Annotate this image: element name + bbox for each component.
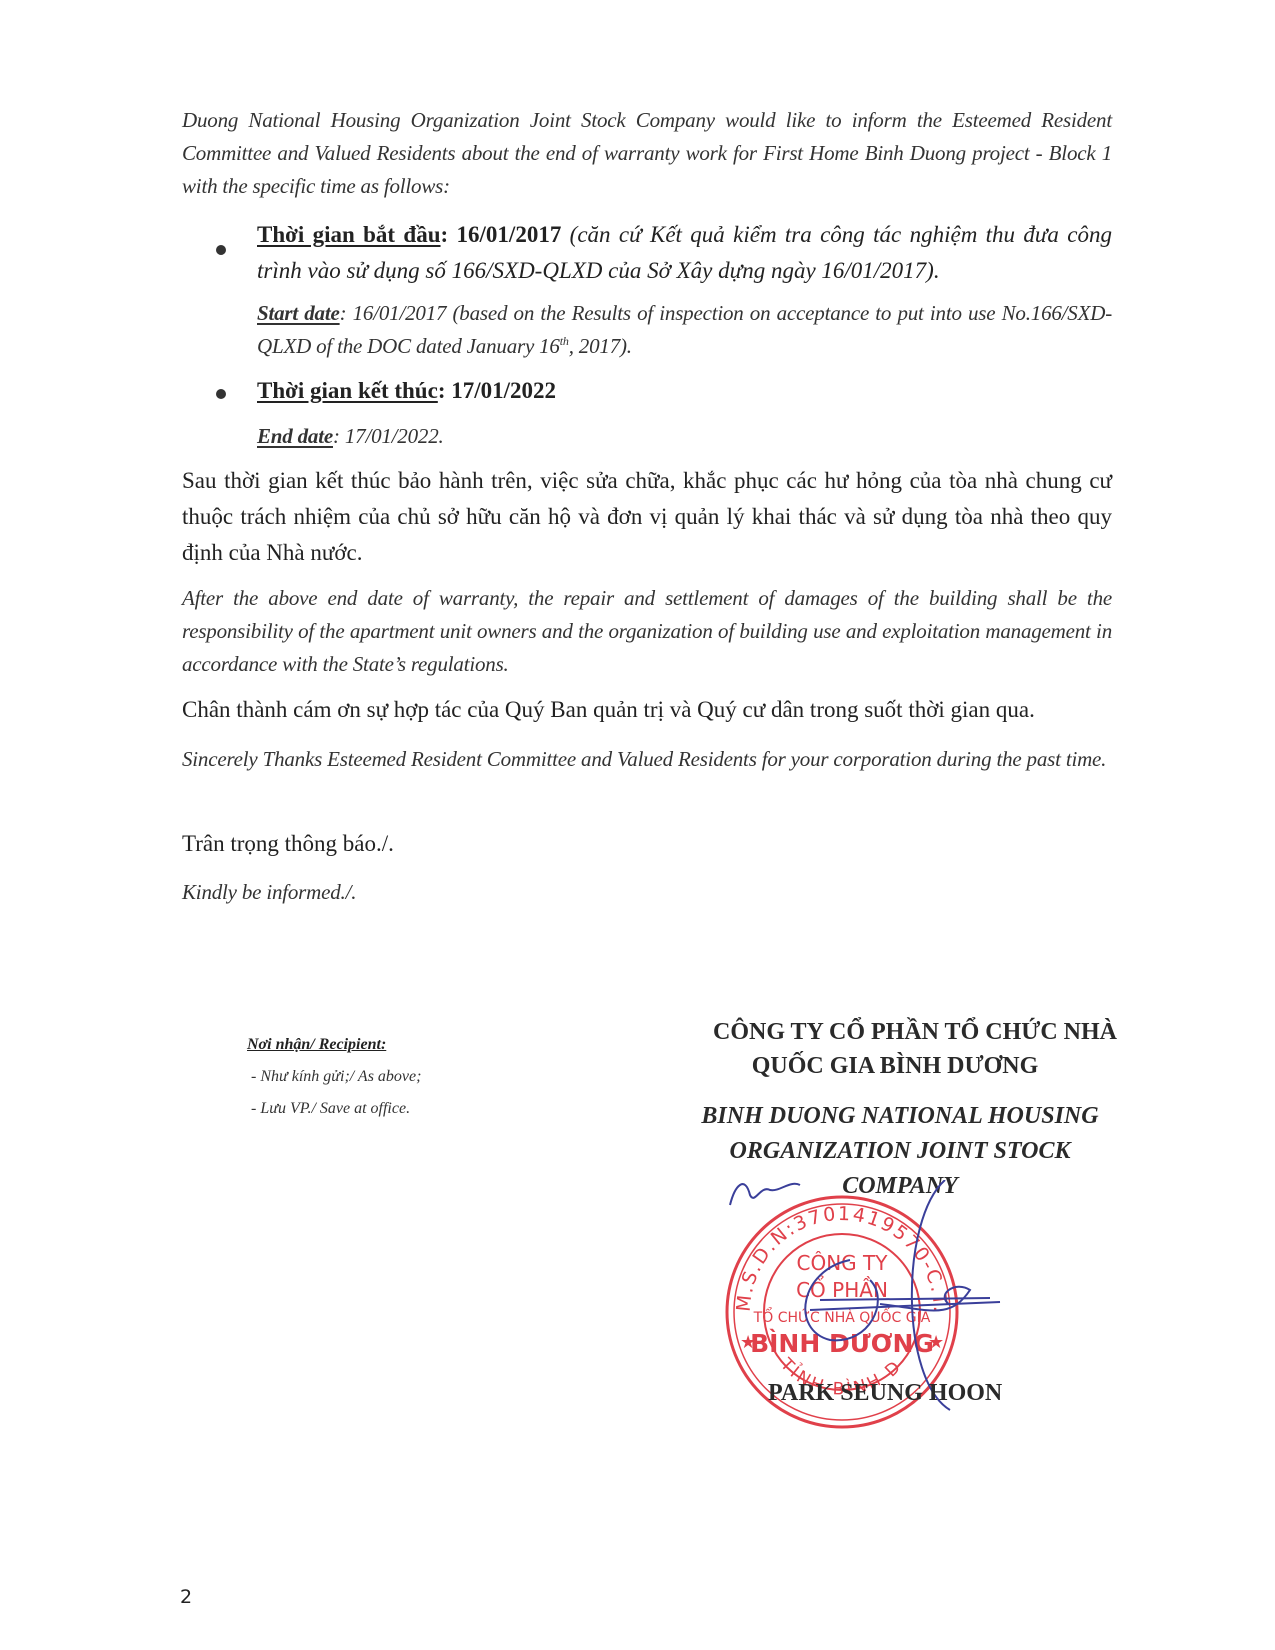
company-name-vn: CÔNG TY CỔ PHẦN TỔ CHỨC NHÀ QUỐC GIA BÌN… <box>680 1015 1150 1083</box>
end-date-value-en: : 17/01/2022. <box>333 424 444 448</box>
closing-vn: Trân trọng thông báo./. <box>182 826 1112 862</box>
start-date-vn: Thời gian bắt đầu: 16/01/2017 (căn cứ Kế… <box>257 217 1112 289</box>
svg-text:★: ★ <box>740 1332 756 1353</box>
after-warranty-vn: Sau thời gian kết thúc bảo hành trên, vi… <box>182 463 1112 571</box>
company-name-en-line1: BINH DUONG NATIONAL HOUSING <box>650 1099 1150 1134</box>
company-name-vn-line1: CÔNG TY CỔ PHẦN TỔ CHỨC NHÀ <box>680 1015 1150 1049</box>
svg-text:TỔ CHỨC NHÀ QUỐC GIA: TỔ CHỨC NHÀ QUỐC GIA <box>753 1307 931 1326</box>
svg-text:BÌNH DƯƠNG: BÌNH DƯƠNG <box>750 1329 934 1358</box>
start-label-vn: Thời gian bắt đầu <box>257 222 441 247</box>
start-date-value-vn: : 16/01/2017 <box>441 222 562 247</box>
recipient-block: Nơi nhận/ Recipient: - Như kính gửi;/ As… <box>247 1036 421 1118</box>
start-detail-en: : 16/01/2017 (based on the Results of in… <box>257 301 1112 358</box>
end-label-en: End date <box>257 424 333 448</box>
recipient-item: - Như kính gửi;/ As above; <box>251 1068 421 1086</box>
thanks-vn: Chân thành cám ơn sự hợp tác của Quý Ban… <box>182 692 1112 728</box>
intro-paragraph-en: Duong National Housing Organization Join… <box>182 104 1112 203</box>
start-date-en: Start date: 16/01/2017 (based on the Res… <box>257 297 1112 363</box>
closing-en: Kindly be informed./. <box>182 876 1112 909</box>
bullet-icon <box>216 245 226 255</box>
after-warranty-en: After the above end date of warranty, th… <box>182 582 1112 681</box>
start-detail-en-end: , 2017). <box>569 334 632 358</box>
company-block: CÔNG TY CỔ PHẦN TỔ CHỨC NHÀ QUỐC GIA BÌN… <box>680 1015 1150 1204</box>
end-date-value-vn: : 17/01/2022 <box>438 378 556 403</box>
company-name-en-line2: ORGANIZATION JOINT STOCK <box>650 1134 1150 1169</box>
company-name-vn-line2: QUỐC GIA BÌNH DƯƠNG <box>640 1049 1150 1083</box>
start-label-en: Start date <box>257 301 340 325</box>
svg-text:★: ★ <box>928 1332 944 1353</box>
superscript-th: th <box>560 334 569 348</box>
end-date-en: End date: 17/01/2022. <box>257 420 1112 453</box>
end-date-vn: Thời gian kết thúc: 17/01/2022 <box>257 373 1112 409</box>
thanks-en: Sincerely Thanks Esteemed Resident Commi… <box>182 743 1112 776</box>
recipient-title: Nơi nhận/ Recipient: <box>247 1036 421 1054</box>
page-number: 2 <box>180 1586 192 1608</box>
end-label-vn: Thời gian kết thúc <box>257 378 438 403</box>
recipient-item: - Lưu VP./ Save at office. <box>251 1100 421 1118</box>
bullet-icon <box>216 389 226 399</box>
signer-name: PARK SEUNG HOON <box>768 1380 1002 1407</box>
